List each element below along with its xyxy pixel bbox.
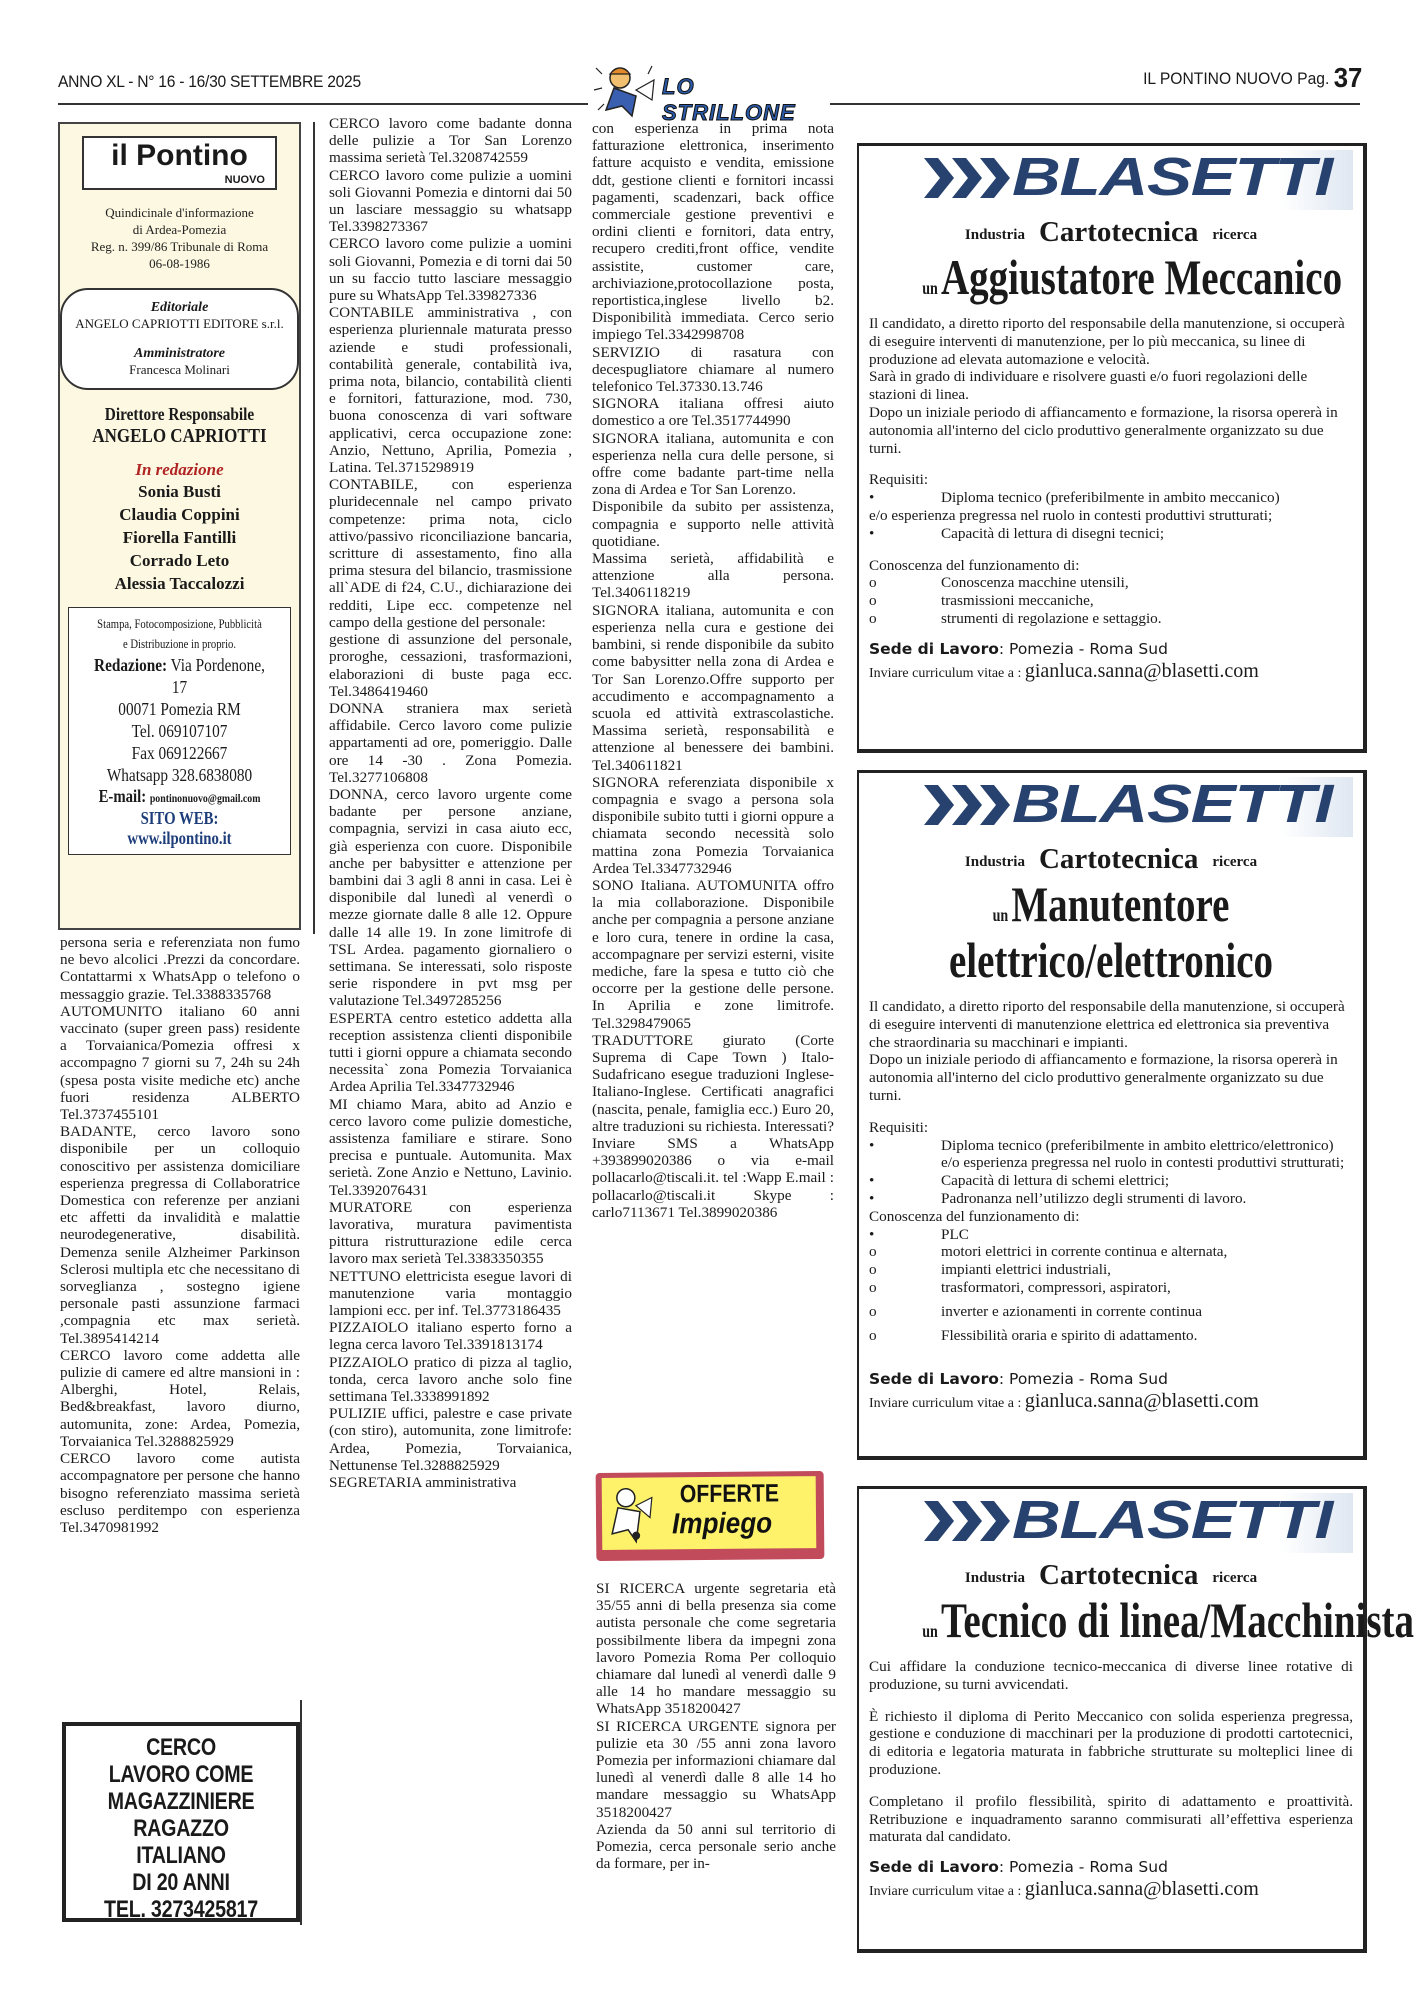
classified-ad: con esperienza in prima nota fatturazion… [592,120,834,344]
requirement-item: •Capacità di lettura di disegni tecnici; [869,525,1353,543]
classified-ad: Disponibile da subito per assistenza, co… [592,498,834,550]
fax: Fax 069122667 [87,742,271,764]
page-number: 37 [1333,62,1362,93]
classified-ad: AUTOMUNITO italiano 60 anni vaccinato (s… [60,1003,300,1123]
job-title: un Tecnico di linea/Macchinista [922,1592,1300,1648]
email-link[interactable]: pontinonuovo@gmail.com [150,791,261,805]
knowledge-item: oinverter e azionamenti in corrente cont… [869,1303,1353,1321]
masthead-subtitle: NUOVO [225,174,265,186]
column-divider [313,122,315,934]
classified-ad: SIGNORA referenziata disponibile x compa… [592,774,834,877]
warehouse-worker-ad-box: CERCO LAVORO COME MAGAZZINIERE RAGAZZO I… [62,1722,300,1922]
blasetti-ad-manutentore: BLASETTI IndustriaCartotecnicaricerca un… [857,770,1367,1460]
classified-ad: CERCO lavoro come badante donna delle pu… [329,115,572,167]
work-location: Sede di Lavoro: Pomezia - Roma Sud [869,1858,1353,1876]
classified-ad: SIGNORA italiana, automunita e con esper… [592,430,834,499]
cv-email-link[interactable]: gianluca.sanna@blasetti.com [1025,1390,1259,1412]
requirement-item: •Diploma tecnico (preferibilmente in amb… [869,1137,1353,1173]
staff-name: Alessia Taccalozzi [60,572,299,595]
staff-name: Fiorella Fantilli [60,526,299,549]
classified-ad: CERCO lavoro come pulizie a uomini soli … [329,235,572,304]
phone: Tel. 069107107 [87,720,271,742]
classifieds-column-1: persona seria e referenziata non fumo ne… [60,934,300,1536]
sector: Cartotecnica [1039,843,1198,875]
classified-ad: ESPERTA centro estetico addetta alla rec… [329,1010,572,1096]
newsboy-icon [606,1483,655,1545]
classifieds-column-3: con esperienza in prima nota fatturazion… [592,120,834,1221]
knowledge-item: oimpianti elettrici industriali, [869,1261,1353,1279]
knowledge-item: •PLC [869,1226,1353,1244]
staff-name: Corrado Leto [60,549,299,572]
classified-ad: SONO Italiana. AUTOMUNITA offro la mia c… [592,877,834,1032]
classified-ad: BADANTE, cerco lavoro sono disponibile p… [60,1123,300,1347]
sector: Cartotecnica [1039,1559,1198,1591]
classified-ad: MI chiamo Mara, abito ad Anzio e cerco l… [329,1096,572,1199]
contact-box: Stampa, Fotocomposizione, Pubblicità e D… [68,607,291,855]
classified-ad: gestione di assunzione del personale, pr… [329,631,572,700]
classified-ad: CONTABILE, con esperienza pluridecennale… [329,476,572,631]
classified-ad: PIZZAIOLO italiano esperto forno a legna… [329,1319,572,1353]
job-title: un Manutentore [922,876,1300,932]
blasetti-logo: BLASETTI [869,777,1353,837]
staff-name: Claudia Coppini [60,503,299,526]
header-rule-right [830,103,1360,105]
classified-ad: DONNA straniera max serietà affidabile. … [329,700,572,786]
staff-name: Sonia Busti [60,480,299,503]
director-name: ANGELO CAPRIOTTI [78,425,281,448]
classifieds-column-2: CERCO lavoro come badante donna delle pu… [329,115,572,1491]
offerte-title: OFFERTE [680,1479,779,1509]
publisher: ANGELO CAPRIOTTI EDITORE s.r.l. [64,316,295,332]
knowledge-item: omotori elettrici in corrente continua e… [869,1243,1353,1261]
job-title-line2: elettrico/elettronico [922,932,1300,988]
chevrons-icon [924,781,1014,829]
paper-page-info: IL PONTINO NUOVO Pag. 37 [1143,62,1362,94]
classified-ad: SIGNORA italiana offresi aiuto domestico… [592,395,834,429]
classified-ad: CERCO lavoro come pulizie a uomini soli … [329,167,572,236]
blasetti-logo: BLASETTI [869,1493,1353,1553]
editorial-oval: Editoriale ANGELO CAPRIOTTI EDITORE s.r.… [60,288,299,390]
requirement-item: •Padronanza nell’utilizzo degli strument… [869,1190,1353,1208]
job-title: un Aggiustatore Meccanico [922,249,1300,305]
classified-ad: CERCO lavoro come addetta alle pulizie d… [60,1347,300,1450]
job-description: Il candidato, a diretto riporto del resp… [869,315,1353,628]
column-divider [300,1700,302,1925]
classified-ad: PIZZAIOLO pratico di pizza al taglio, to… [329,1354,572,1406]
knowledge-item: otrasmissioni meccaniche, [869,592,1353,610]
masthead-title-box: il Pontino NUOVO [82,136,277,190]
classified-ad: PULIZIE uffici, palestre e case private … [329,1405,572,1474]
job-offers-banner: OFFERTE Impiego [596,1471,825,1561]
header-rule-left [58,103,588,105]
classified-ad: TRADUTTORE giurato (Corte Suprema di Cap… [592,1032,834,1221]
cv-email-link[interactable]: gianluca.sanna@blasetti.com [1025,660,1259,682]
newsboy-icon [592,60,662,122]
classified-ad: NETTUNO elettricista esegue lavori di ma… [329,1268,572,1320]
job-offer: SI RICERCA urgente segretaria età 35/55 … [596,1580,836,1718]
classified-ad: persona seria e referenziata non fumo ne… [60,934,300,1003]
job-offer: SI RICERCA URGENTE signora per pulizie e… [596,1718,836,1821]
blasetti-ad-tecnico: BLASETTI IndustriaCartotecnicaricerca un… [857,1486,1367,1953]
issue-info: ANNO XL - N° 16 - 16/30 SETTEMBRE 2025 [58,72,361,92]
lo-strillone-logo: LO STRILLONE [592,60,828,122]
knowledge-item: oFlessibilità oraria e spirito di adatta… [869,1327,1353,1345]
knowledge-item: oConoscenza macchine utensili, [869,574,1353,592]
work-location: Sede di Lavoro: Pomezia - Roma Sud [869,640,1353,658]
whatsapp: Whatsapp 328.6838080 [87,764,271,786]
job-offer: Azienda da 50 anni sul territorio di Pom… [596,1821,836,1873]
masthead-title: il Pontino [84,140,275,172]
classified-ad: SIGNORA italiana, automunita e con esper… [592,602,834,774]
knowledge-item: otrasformatori, compressori, aspiratori, [869,1279,1353,1297]
masthead-info: Quindicinale d'informazione di Ardea-Pom… [60,204,299,272]
classified-ad: CERCO lavoro come autista accompagnatore… [60,1450,300,1536]
work-location: Sede di Lavoro: Pomezia - Roma Sud [869,1370,1353,1388]
requirement-item: •Capacità di lettura di schemi elettrici… [869,1172,1353,1190]
classified-ad: DONNA, cerco lavoro urgente come badante… [329,786,572,1010]
chevrons-icon [924,1497,1014,1545]
sector: Cartotecnica [1039,216,1198,248]
blasetti-ad-aggiustatore: BLASETTI IndustriaCartotecnicaricerca un… [857,143,1367,753]
blasetti-logo: BLASETTI [869,150,1353,210]
job-offers-column: SI RICERCA urgente segretaria età 35/55 … [596,1580,836,1872]
director-block: Direttore Responsabile ANGELO CAPRIOTTI [60,404,299,448]
cv-email-link[interactable]: gianluca.sanna@blasetti.com [1025,1878,1259,1900]
impiego-title: Impiego [672,1507,772,1541]
editorial-staff: In redazione Sonia Busti Claudia Coppini… [60,460,299,595]
job-description: Il candidato, a diretto riporto del resp… [869,998,1353,1344]
classified-ad: CONTABILE amministrativa , con esperienz… [329,304,572,476]
administrator: Francesca Molinari [64,362,295,378]
knowledge-item: ostrumenti di regolazione e settaggio. [869,610,1353,628]
classified-ad: SERVIZIO di rasatura con decespugliatore… [592,344,834,396]
website-link[interactable]: SITO WEB: www.ilpontino.it [91,808,269,848]
address: Via Pordenone, 17 [171,655,265,697]
chevrons-icon [924,154,1014,202]
classified-ad: SEGRETARIA amministrativa [329,1474,572,1491]
paper-name: IL PONTINO NUOVO Pag. [1143,69,1329,88]
job-description: Cui affidare la conduzione tecnico-mecca… [869,1658,1353,1846]
classified-ad: MURATORE con esperienza lavorativa, mura… [329,1199,572,1268]
masthead-box: il Pontino NUOVO Quindicinale d'informaz… [58,122,301,930]
requirement-item: •Diploma tecnico (preferibilmente in amb… [869,489,1353,507]
classified-ad: Massima serietà, affidabilità e attenzio… [592,550,834,602]
